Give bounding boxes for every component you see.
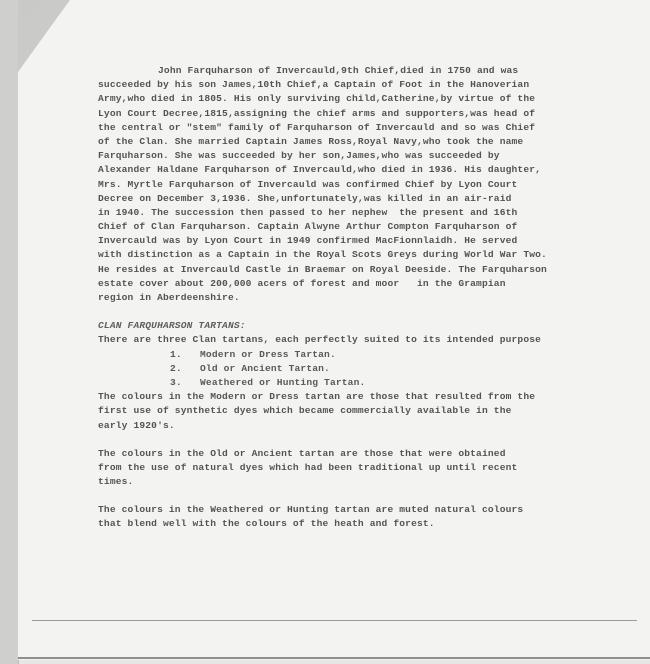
section-heading: CLAN FARQUHARSON TARTANS: bbox=[98, 319, 598, 333]
text-line: John Farquharson of Invercauld,9th Chief… bbox=[98, 64, 598, 78]
text-line: Farquharson. She was succeeded by her so… bbox=[98, 149, 598, 163]
document-body: John Farquharson of Invercauld,9th Chief… bbox=[98, 64, 598, 532]
text-line: The colours in the Old or Ancient tartan… bbox=[98, 447, 598, 461]
scanner-left-edge bbox=[0, 0, 19, 664]
text-line: in 1940. The succession then passed to h… bbox=[98, 206, 598, 220]
text-line: Chief of Clan Farquharson. Captain Alwyn… bbox=[98, 220, 598, 234]
text-line: Army,who died in 1805. His only survivin… bbox=[98, 92, 598, 106]
list-number: 3. bbox=[170, 376, 200, 390]
list-item: 1.Modern or Dress Tartan. bbox=[98, 348, 598, 362]
modern-tartan-paragraph: The colours in the Modern or Dress tarta… bbox=[98, 390, 598, 433]
weathered-tartan-paragraph: The colours in the Weathered or Hunting … bbox=[98, 503, 598, 531]
text-line: He resides at Invercauld Castle in Braem… bbox=[98, 263, 598, 277]
text-line: The colours in the Modern or Dress tarta… bbox=[98, 390, 598, 404]
list-label: Weathered or Hunting Tartan. bbox=[200, 377, 365, 388]
text-line: Mrs. Myrtle Farquharson of Invercauld wa… bbox=[98, 178, 598, 192]
ancient-tartan-paragraph: The colours in the Old or Ancient tartan… bbox=[98, 447, 598, 490]
list-item: 2.Old or Ancient Tartan. bbox=[98, 362, 598, 376]
text-line: Invercauld was by Lyon Court in 1949 con… bbox=[98, 234, 598, 248]
text-line: first use of synthetic dyes which became… bbox=[98, 404, 598, 418]
list-label: Modern or Dress Tartan. bbox=[200, 349, 336, 360]
text-line: Alexander Haldane Farquharson of Inverca… bbox=[98, 163, 598, 177]
tartans-list: 1.Modern or Dress Tartan. 2.Old or Ancie… bbox=[98, 348, 598, 391]
text-line: early 1920's. bbox=[98, 419, 598, 433]
text-line: from the use of natural dyes which had b… bbox=[98, 461, 598, 475]
text-line: with distinction as a Captain in the Roy… bbox=[98, 248, 598, 262]
intro-paragraph: John Farquharson of Invercauld,9th Chief… bbox=[98, 64, 598, 305]
text-line: succeeded by his son James,10th Chief,a … bbox=[98, 78, 598, 92]
text-line: estate cover about 200,000 acers of fore… bbox=[98, 277, 598, 291]
text-line: that blend well with the colours of the … bbox=[98, 517, 598, 531]
text-line: Decree on December 3,1936. She,unfortuna… bbox=[98, 192, 598, 206]
spacer bbox=[98, 489, 598, 503]
text-line: the central or "stem" family of Farquhar… bbox=[98, 121, 598, 135]
text-line: of the Clan. She married Captain James R… bbox=[98, 135, 598, 149]
spacer bbox=[98, 433, 598, 447]
text-line: times. bbox=[98, 475, 598, 489]
horizontal-rule bbox=[32, 620, 637, 621]
list-label: Old or Ancient Tartan. bbox=[200, 363, 330, 374]
spacer bbox=[98, 305, 598, 319]
text-line: The colours in the Weathered or Hunting … bbox=[98, 503, 598, 517]
page-bottom-edge bbox=[18, 657, 650, 659]
list-number: 2. bbox=[170, 362, 200, 376]
text-line: region in Aberdeenshire. bbox=[98, 291, 598, 305]
text-line: Lyon Court Decree,1815,assigning the chi… bbox=[98, 107, 598, 121]
list-item: 3.Weathered or Hunting Tartan. bbox=[98, 376, 598, 390]
tartans-intro: There are three Clan tartans, each perfe… bbox=[98, 333, 598, 347]
list-number: 1. bbox=[170, 348, 200, 362]
